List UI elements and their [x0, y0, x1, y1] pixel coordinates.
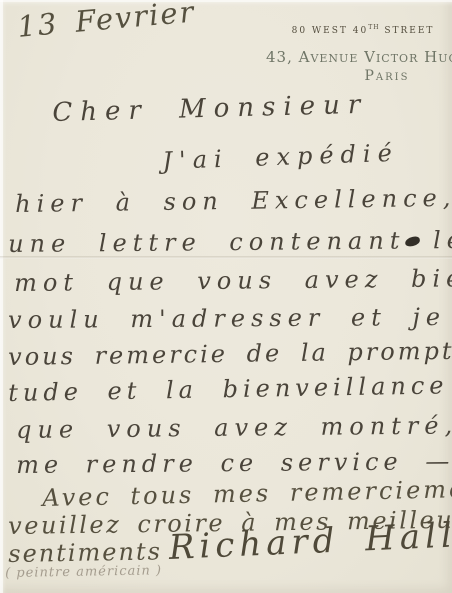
body-line: tude et la bienveillance — [8, 371, 449, 407]
paper-left-edge — [0, 0, 3, 593]
body-line: mot que vous avez bien — [14, 264, 452, 297]
body-line: J'ai expédié — [162, 139, 399, 175]
curator-annotation: ( peintre américain ) — [5, 563, 162, 581]
body-line: une lettre contenant le — [8, 226, 452, 258]
letterhead-address: 43, Avenue Victor Hugo — [266, 48, 438, 66]
body-line: voulu m'adresser et je — [8, 303, 446, 334]
letter-page: 13 Fevrier 80 West 40th Street 43, Avenu… — [0, 0, 452, 593]
letterhead-old-address-ordinal: th — [368, 24, 379, 31]
body-line: que vous avez montré, à — [16, 411, 452, 444]
paper-top-edge — [0, 0, 452, 2]
letterhead-old-address: 80 West 40th Street — [288, 24, 438, 36]
body-line: me rendre ce service — — [16, 447, 452, 479]
letterhead-city: Paris — [352, 68, 422, 84]
handwritten-date: 13 Fevrier — [16, 0, 197, 44]
salutation: Cher Monsieur — [52, 90, 369, 128]
body-line: vous remercie de la prompti= — [8, 336, 452, 371]
letterhead-old-address-suffix: Street — [379, 26, 434, 36]
letterhead-old-address-prefix: 80 West 40 — [292, 26, 369, 36]
body-line: hier à son Excellence, — [15, 184, 452, 218]
